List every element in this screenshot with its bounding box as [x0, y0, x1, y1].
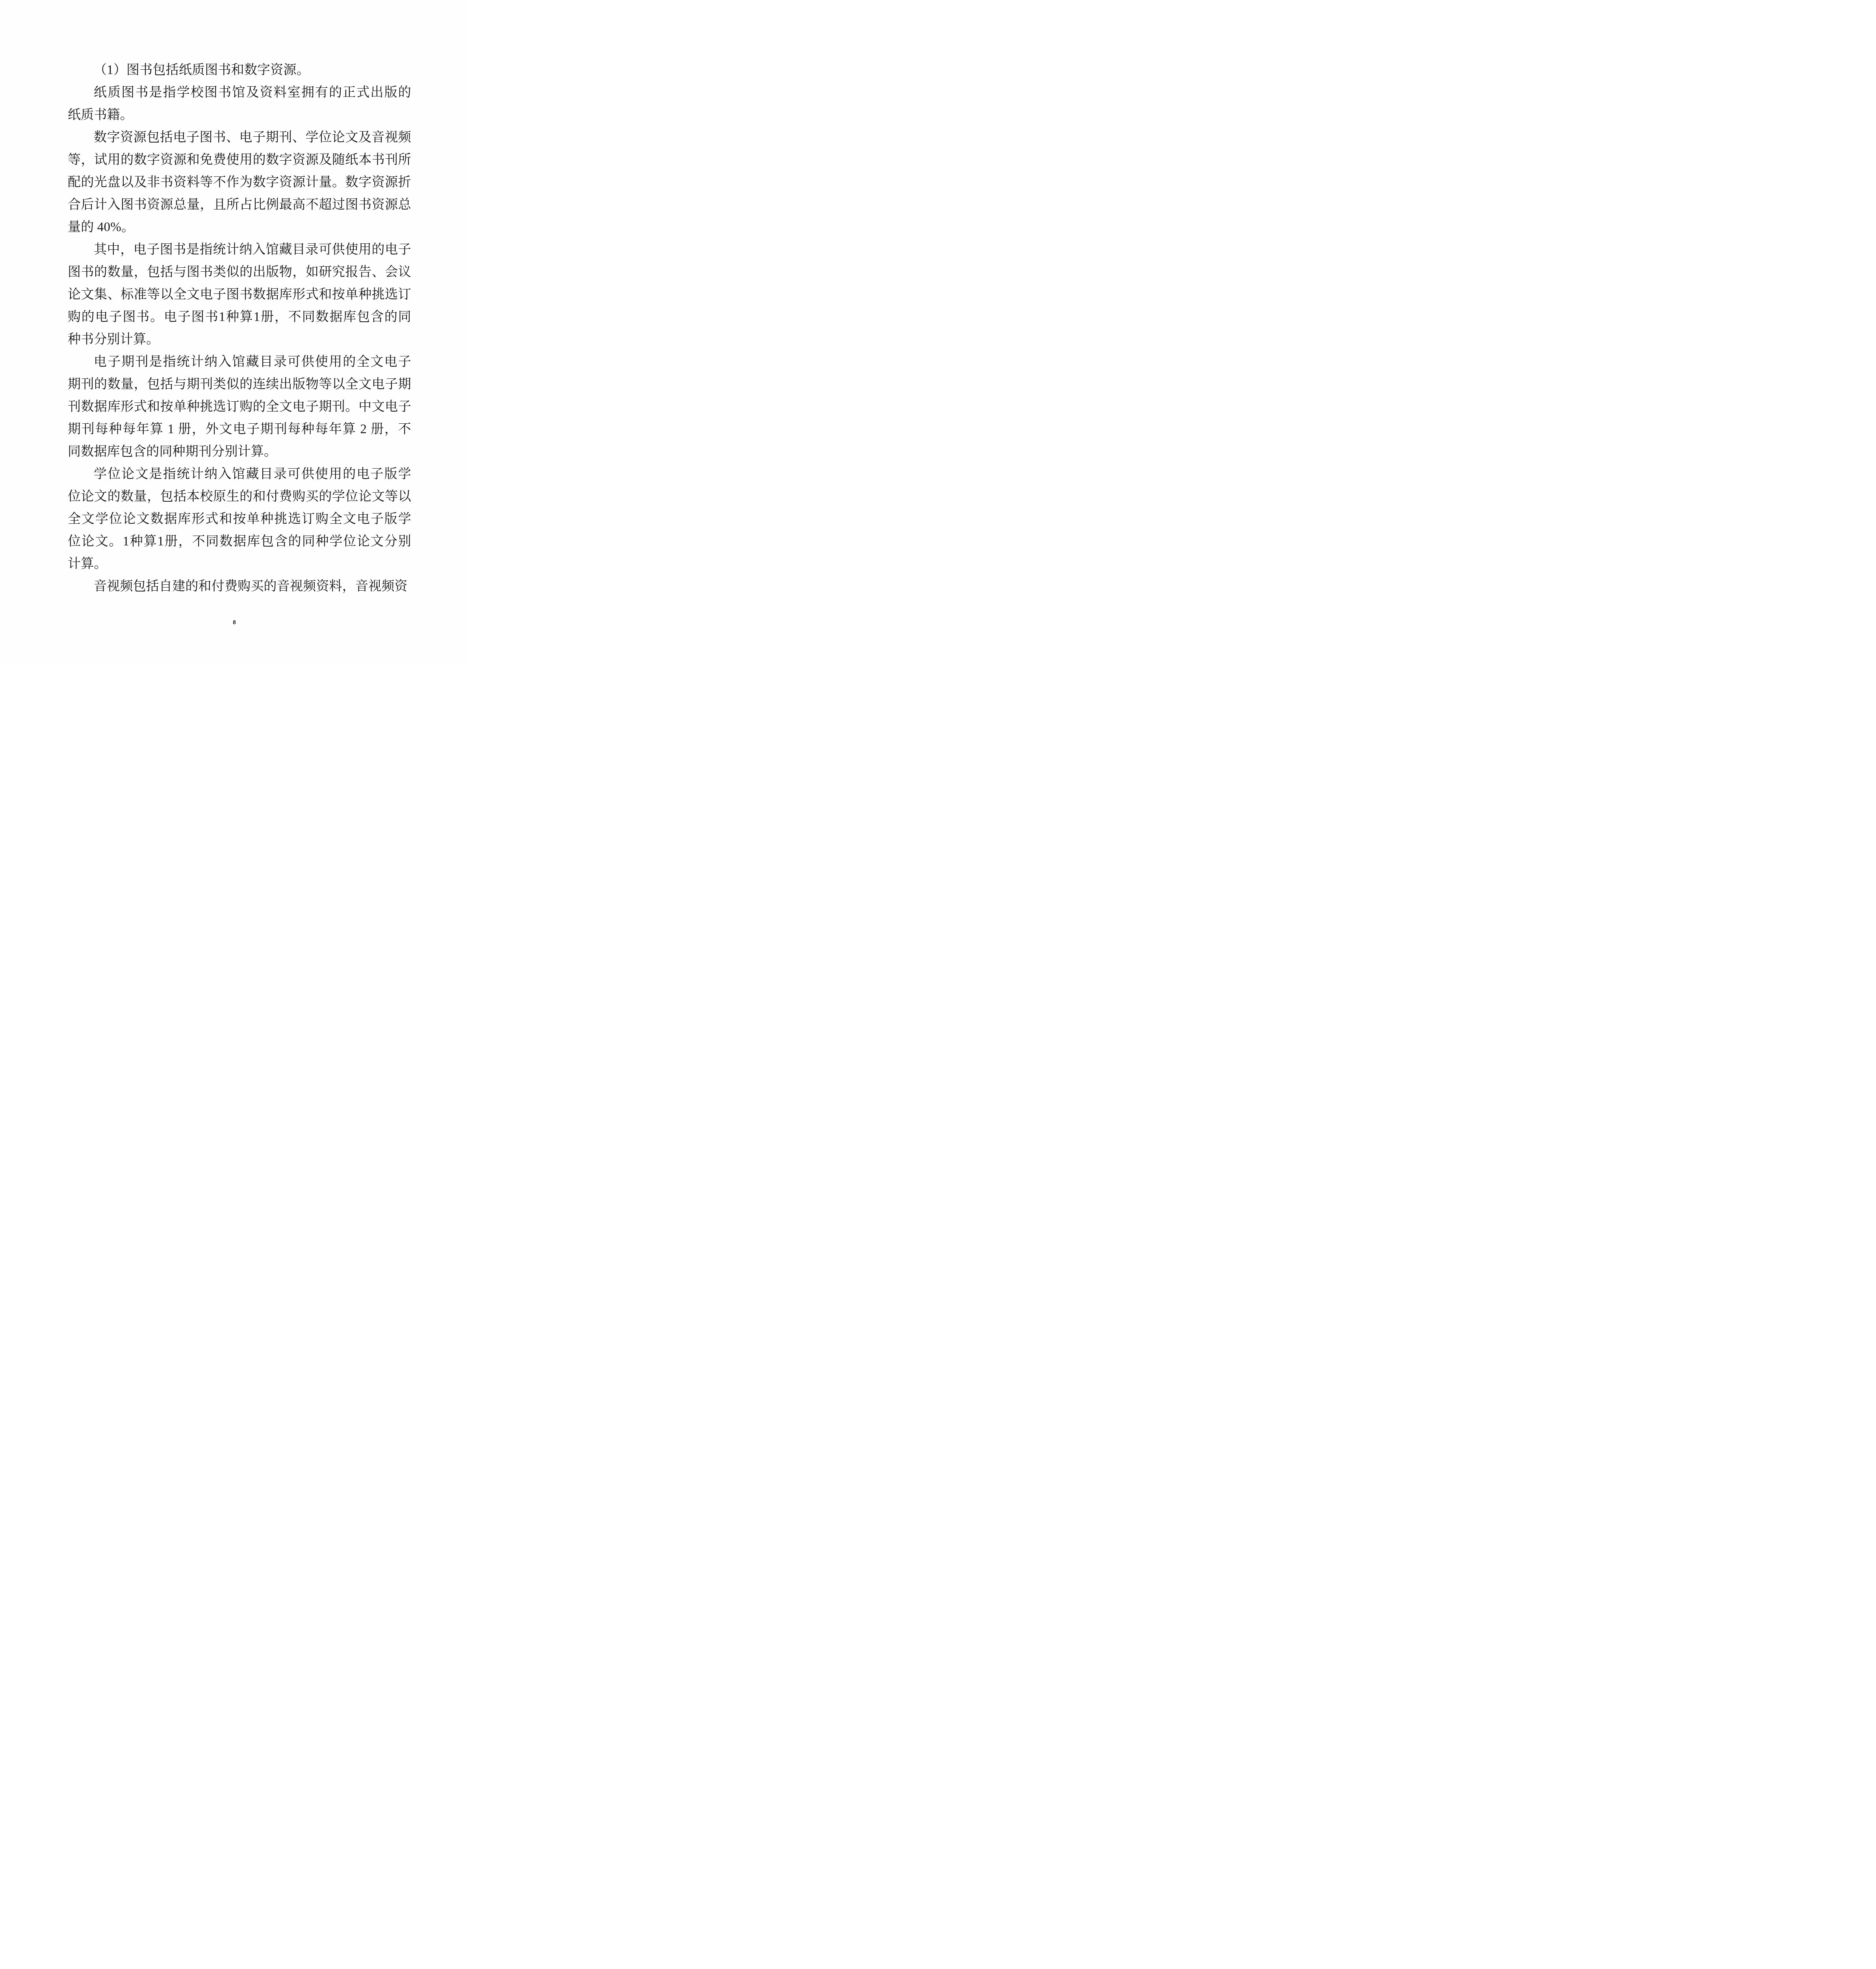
body-text: （1）图书包括纸质图书和数字资源。纸质图书是指学校图书馆及资料室拥有的正式出版的… — [68, 59, 411, 598]
page-number: 8 — [233, 619, 236, 626]
text-line: 等，试用的数字资源和免费使用的数字资源及随纸本书刊所 — [68, 149, 411, 171]
text-line: 量的 40%。 — [68, 216, 411, 239]
text-line: 购的电子图书。电子图书1种算1册，不同数据库包含的同 — [68, 306, 411, 328]
paragraph: 音视频包括自建的和付费购买的音视频资料，音视频资 — [68, 575, 411, 598]
text-line: 数字资源包括电子图书、电子期刊、学位论文及音视频 — [68, 126, 411, 149]
text-line: 刊数据库形式和按单种挑选订购的全文电子期刊。中文电子 — [68, 396, 411, 418]
text-line: 期刊每种每年算 1 册，外文电子期刊每种每年算 2 册，不 — [68, 418, 411, 441]
text-line: 其中，电子图书是指统计纳入馆藏目录可供使用的电子 — [68, 239, 411, 261]
text-line: 期刊的数量，包括与期刊类似的连续出版物等以全文电子期 — [68, 373, 411, 396]
text-line: 配的光盘以及非书资料等不作为数字资源计量。数字资源折 — [68, 171, 411, 194]
document-page: （1）图书包括纸质图书和数字资源。纸质图书是指学校图书馆及资料室拥有的正式出版的… — [0, 0, 469, 663]
text-line: 同数据库包含的同种期刊分别计算。 — [68, 441, 411, 463]
paragraph: 数字资源包括电子图书、电子期刊、学位论文及音视频等，试用的数字资源和免费使用的数… — [68, 126, 411, 239]
text-line: 全文学位论文数据库形式和按单种挑选订购全文电子版学 — [68, 508, 411, 530]
paragraph: 学位论文是指统计纳入馆藏目录可供使用的电子版学位论文的数量，包括本校原生的和付费… — [68, 463, 411, 575]
text-line: 纸质书籍。 — [68, 104, 411, 126]
text-line: （1）图书包括纸质图书和数字资源。 — [68, 59, 411, 82]
text-line: 纸质图书是指学校图书馆及资料室拥有的正式出版的 — [68, 82, 411, 104]
text-line: 图书的数量，包括与图书类似的出版物，如研究报告、会议 — [68, 261, 411, 284]
paragraph: （1）图书包括纸质图书和数字资源。 — [68, 59, 411, 82]
text-line: 论文集、标准等以全文电子图书数据库形式和按单种挑选订 — [68, 284, 411, 306]
text-line: 音视频包括自建的和付费购买的音视频资料，音视频资 — [68, 575, 411, 598]
text-line: 种书分别计算。 — [68, 328, 411, 351]
text-line: 电子期刊是指统计纳入馆藏目录可供使用的全文电子 — [68, 351, 411, 373]
page-footer: 8 — [0, 619, 469, 626]
paragraph: 电子期刊是指统计纳入馆藏目录可供使用的全文电子期刊的数量，包括与期刊类似的连续出… — [68, 351, 411, 463]
paragraph: 纸质图书是指学校图书馆及资料室拥有的正式出版的纸质书籍。 — [68, 82, 411, 126]
text-line: 位论文的数量，包括本校原生的和付费购买的学位论文等以 — [68, 486, 411, 508]
text-line: 学位论文是指统计纳入馆藏目录可供使用的电子版学 — [68, 463, 411, 486]
text-line: 计算。 — [68, 553, 411, 575]
text-line: 位论文。1种算1册，不同数据库包含的同种学位论文分别 — [68, 530, 411, 553]
paragraph: 其中，电子图书是指统计纳入馆藏目录可供使用的电子图书的数量，包括与图书类似的出版… — [68, 239, 411, 351]
text-line: 合后计入图书资源总量，且所占比例最高不超过图书资源总 — [68, 194, 411, 216]
